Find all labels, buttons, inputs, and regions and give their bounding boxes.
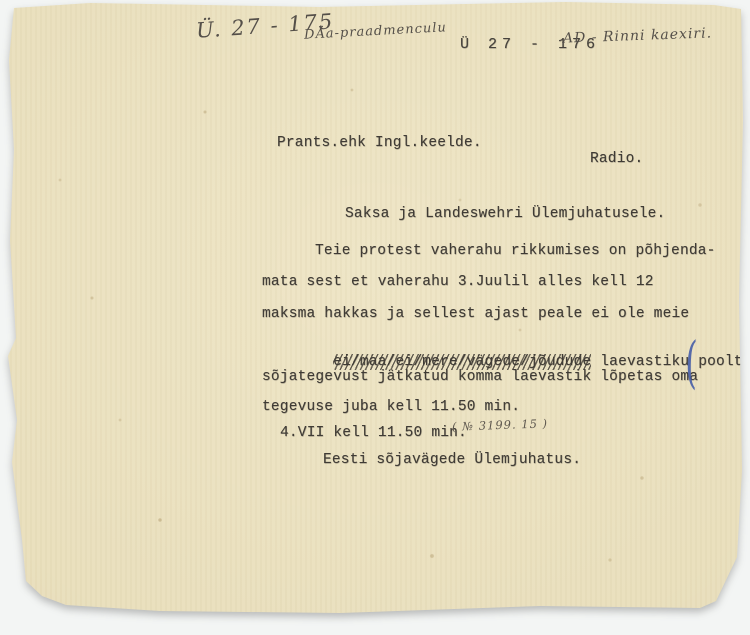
body-line-3: maksma hakkas ja sellest ajast peale ei …: [262, 306, 689, 322]
document-scan: Ü. 27 - 175 DÄa-praadmenculu Ü 27 - 176 …: [0, 0, 750, 635]
signature-line: Eesti sõjavägede Ülemjuhatus.: [323, 452, 581, 468]
date-line: 4.VII kell 11.50 min.: [280, 425, 467, 441]
language-note-line: Prants.ehk Ingl.keelde.: [277, 135, 482, 151]
paper-sheet: Ü. 27 - 175 DÄa-praadmenculu Ü 27 - 176 …: [0, 0, 750, 635]
body-line-4-rest: laevastiku poolt: [591, 354, 742, 370]
struck-out-text: ei/maa/ei/mere/vägede/jõudude: [333, 354, 591, 370]
handwritten-note-right: AD - Rinni kaexiri.: [563, 25, 713, 46]
paper-shadow: Ü. 27 - 175 DÄa-praadmenculu Ü 27 - 176 …: [0, 0, 750, 635]
blue-ink-parenthesis-mark: (: [685, 330, 698, 396]
body-line-2: mata sest et vaherahu 3.Juulil alles kel…: [262, 274, 654, 290]
body-line-5: sõjategevust jätkatud komma laevastik lõ…: [262, 369, 698, 385]
medium-line: Radio.: [590, 151, 643, 167]
body-line-6: tegevuse juba kell 11.50 min.: [262, 399, 520, 415]
registry-number-note: ( № 3199. 15 ): [452, 416, 548, 433]
salutation-line: Saksa ja Landeswehri Ülemjuhatusele.: [345, 206, 665, 222]
body-line-1: Teie protest vaherahu rikkumises on põhj…: [315, 243, 716, 259]
